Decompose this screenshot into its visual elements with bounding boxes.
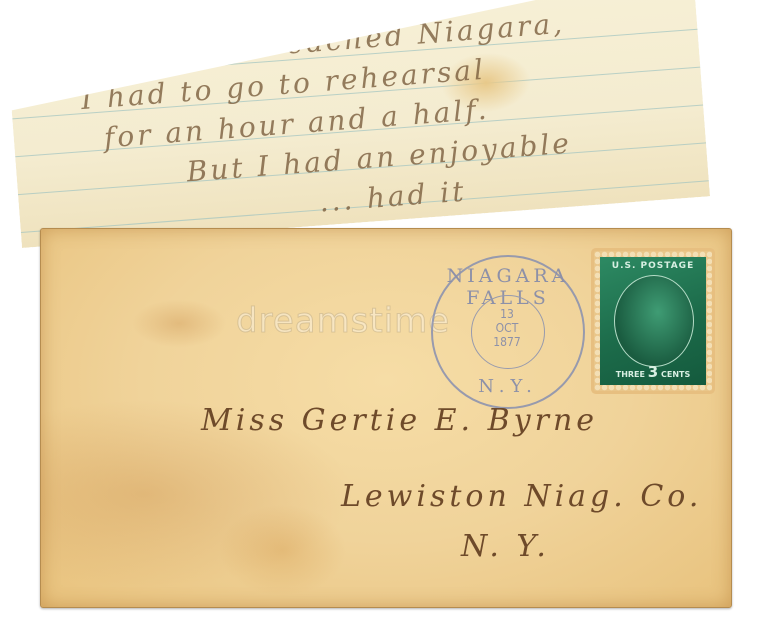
- address-recipient: Miss Gertie E. Byrne: [201, 403, 598, 438]
- watermark: dreamstime: [236, 301, 450, 341]
- postmark-day: 13: [471, 307, 543, 321]
- postage-stamp: U.S. POSTAGE THREE 3 CENTS: [594, 251, 712, 391]
- postmark-month: OCT: [471, 321, 543, 335]
- stamp-top-label: U.S. POSTAGE: [600, 261, 706, 271]
- portrait-icon: [614, 275, 694, 367]
- stamp-bottom-label: THREE 3 CENTS: [600, 363, 706, 381]
- stamp-denomination-word-right: CENTS: [661, 370, 690, 379]
- postmark-state: N.Y.: [433, 376, 583, 397]
- envelope: dreamstime NIAGARA FALLS 13 OCT 1877 N.Y…: [40, 228, 732, 608]
- address-state: N. Y.: [461, 529, 550, 564]
- stamp-value: 3: [648, 363, 658, 381]
- postmark-year: 1877: [471, 335, 543, 349]
- postmark-date: 13 OCT 1877: [471, 307, 543, 349]
- handwritten-letter: for after I reached Niagara, I had to go…: [5, 0, 710, 248]
- stamp-denomination-word-left: THREE: [616, 370, 645, 379]
- stamp-face: U.S. POSTAGE THREE 3 CENTS: [600, 257, 706, 385]
- address-town: Lewiston Niag. Co.: [341, 479, 702, 514]
- postmark: NIAGARA FALLS 13 OCT 1877 N.Y.: [431, 255, 585, 409]
- letter-line: ... had it: [318, 175, 467, 219]
